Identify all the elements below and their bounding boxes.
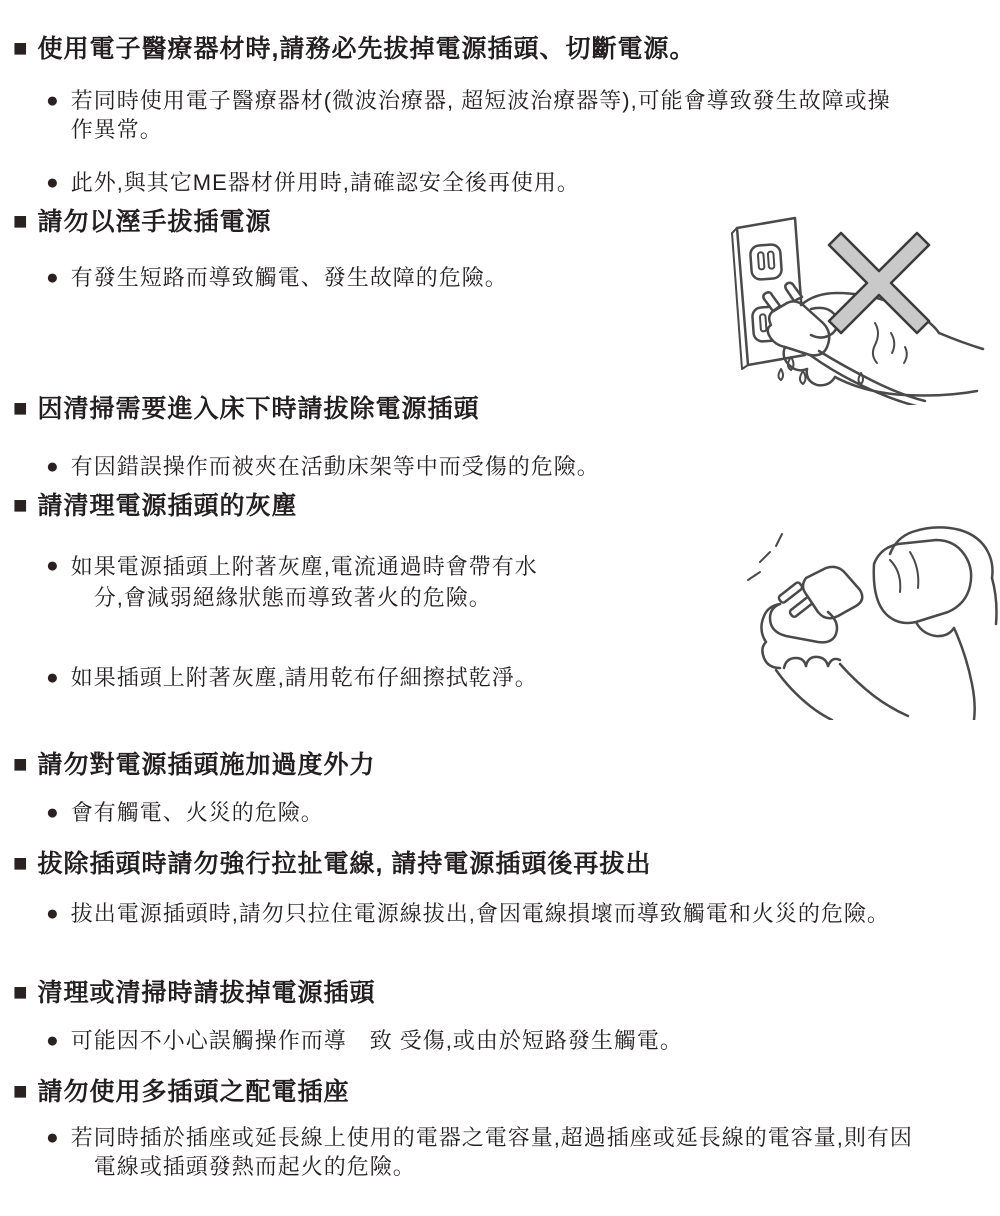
section-marker-icon: ■ [13, 34, 29, 64]
section-heading: ■請勿使用多插頭之配電插座 [0, 1077, 1000, 1107]
section: ■拔除插頭時請勿強行拉扯電線, 請持電源插頭後再拔出●拔出電源插頭時,請勿只拉住… [0, 849, 1000, 928]
section-marker-icon: ■ [13, 207, 29, 237]
section-heading: ■拔除插頭時請勿強行拉扯電線, 請持電源插頭後再拔出 [0, 849, 1000, 879]
section-heading-text: 請勿對電源插頭施加過度外力 [38, 750, 376, 780]
document: ■使用電子醫療器材時,請務必先拔掉電源插頭、切斷電源。●若同時使用電子醫療器材(… [0, 0, 1000, 1216]
sparkle-lines [748, 534, 782, 580]
bullet-marker-icon: ● [46, 1123, 60, 1152]
section-marker-icon: ■ [13, 978, 29, 1008]
section-heading: ■請清理電源插頭的灰塵 [0, 491, 1000, 521]
section: ■請勿對電源插頭施加過度外力●會有觸電、火災的危險。 [0, 750, 1000, 827]
section-heading: ■使用電子醫療器材時,請務必先拔掉電源插頭、切斷電源。 [0, 34, 1000, 64]
bullet-marker-icon: ● [46, 452, 60, 481]
wet-hand-plug-svg [715, 205, 1000, 405]
bullet-marker-icon: ● [46, 551, 60, 580]
cleaning-cloth [874, 540, 971, 623]
bullet-text: 可能因不小心誤觸操作而導 致 受傷,或由於短路發生觸電。 [71, 1026, 683, 1055]
section-heading-text: 使用電子醫療器材時,請務必先拔掉電源插頭、切斷電源。 [38, 34, 696, 64]
section-heading: ■請勿對電源插頭施加過度外力 [0, 750, 1000, 780]
bullet-item: ●會有觸電、火災的危險。 [46, 798, 1000, 827]
section: ■因清掃需要進入床下時請拔除電源插頭●有因錯誤操作而被夾在活動床架等中而受傷的危… [0, 394, 1000, 481]
section-heading-text: 清理或清掃時請拔掉電源插頭 [38, 978, 376, 1008]
bullet-marker-icon: ● [46, 798, 60, 827]
bullet-text: 拔出電源插頭時,請勿只拉住電源線拔出,會因電線損壞而導致觸電和火災的危險。 [71, 899, 890, 928]
bullet-item: ●可能因不小心誤觸操作而導 致 受傷,或由於短路發生觸電。 [46, 1026, 1000, 1055]
bullet-item: ●有因錯誤操作而被夾在活動床架等中而受傷的危險。 [46, 452, 1000, 481]
section-heading-text: 請勿使用多插頭之配電插座 [38, 1077, 350, 1107]
section: ■使用電子醫療器材時,請務必先拔掉電源插頭、切斷電源。●若同時使用電子醫療器材(… [0, 34, 1000, 197]
bullet-marker-icon: ● [46, 1026, 60, 1055]
section-heading-text: 因清掃需要進入床下時請拔除電源插頭 [38, 394, 480, 424]
prohibition-x-icon [829, 233, 929, 333]
bullet-marker-icon: ● [46, 899, 60, 928]
bullet-item: ●若同時使用電子醫療器材(微波治療器, 超短波治療器等),可能會導致發生故障或操… [46, 86, 1000, 144]
bullet-text: 如果插頭上附著灰塵,請用乾布仔細擦拭乾淨。 [71, 663, 538, 692]
bullet-text: 此外,與其它ME器材併用時,請確認安全後再使用。 [71, 168, 580, 197]
wet-hand-plug-prohibited-illustration [715, 205, 1000, 405]
section-marker-icon: ■ [13, 491, 29, 521]
bullet-item: ●此外,與其它ME器材併用時,請確認安全後再使用。 [46, 168, 1000, 197]
section-heading: ■清理或清掃時請拔掉電源插頭 [0, 978, 1000, 1008]
bullet-marker-icon: ● [46, 86, 60, 115]
wipe-plug-with-cloth-illustration [740, 520, 998, 720]
section: ■請勿使用多插頭之配電插座●若同時插於插座或延長線上使用的電器之電容量,超過插座… [0, 1077, 1000, 1181]
section: ■清理或清掃時請拔掉電源插頭●可能因不小心誤觸操作而導 致 受傷,或由於短路發生… [0, 978, 1000, 1055]
wipe-plug-svg [740, 520, 998, 720]
bullet-marker-icon: ● [46, 168, 60, 197]
bullet-text: 有發生短路而導致觸電、發生故障的危險。 [71, 263, 508, 292]
bullet-marker-icon: ● [46, 663, 60, 692]
bullet-item: ●若同時插於插座或延長線上使用的電器之電容量,超過插座或延長線的電容量,則有因 … [46, 1123, 1000, 1181]
section-marker-icon: ■ [13, 394, 29, 424]
bullet-text: 如果電源插頭上附著灰塵,電流通過時會帶有水 分,會減弱絕緣狀態而導致著火的危險。 [71, 551, 538, 613]
bullet-item: ●拔出電源插頭時,請勿只拉住電源線拔出,會因電線損壞而導致觸電和火災的危險。 [46, 899, 1000, 928]
bullet-marker-icon: ● [46, 263, 60, 292]
section-heading-text: 拔除插頭時請勿強行拉扯電線, 請持電源插頭後再拔出 [38, 849, 652, 879]
bullet-text: 有因錯誤操作而被夾在活動床架等中而受傷的危險。 [71, 452, 600, 481]
section-marker-icon: ■ [13, 750, 29, 780]
bullet-text: 若同時插於插座或延長線上使用的電器之電容量,超過插座或延長線的電容量,則有因 電… [71, 1123, 913, 1181]
holding-hand [761, 604, 908, 720]
section-heading-text: 請清理電源插頭的灰塵 [38, 491, 298, 521]
section-heading-text: 請勿以溼手拔插電源 [38, 207, 272, 237]
bullet-text: 若同時使用電子醫療器材(微波治療器, 超短波治療器等),可能會導致發生故障或操 … [71, 86, 891, 144]
section-marker-icon: ■ [13, 1077, 29, 1107]
section-marker-icon: ■ [13, 849, 29, 879]
bullet-text: 會有觸電、火災的危險。 [71, 798, 324, 827]
power-plug [778, 567, 863, 618]
